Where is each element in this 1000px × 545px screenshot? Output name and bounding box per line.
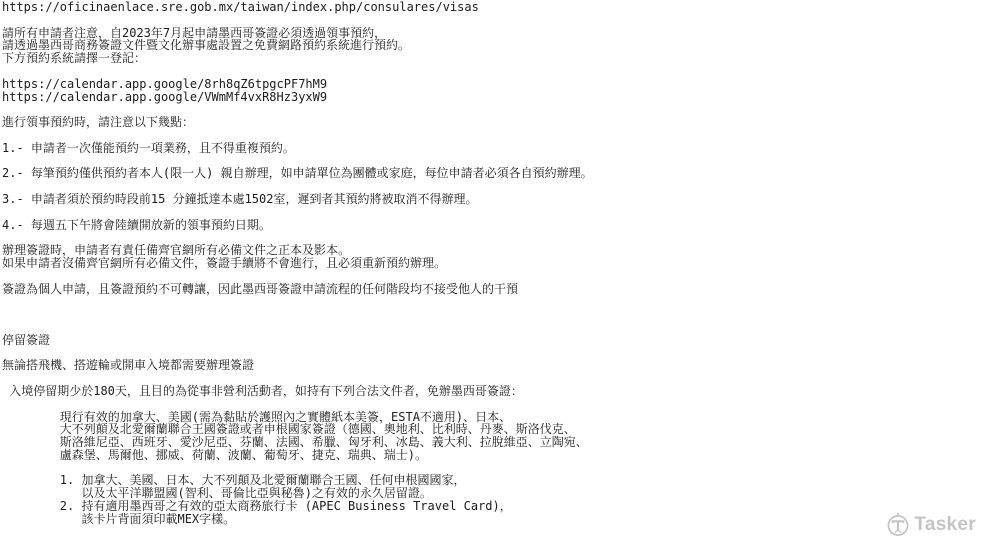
text-line: 停留簽證 [2, 334, 1000, 347]
text-line: 1.- 申請者一次僅能預約一項業務，且不得重複預約。 [2, 142, 1000, 155]
text-line: 該卡片背面須印載MEX字樣。 [2, 513, 1000, 526]
text-line [2, 206, 1000, 219]
text-line [2, 295, 1000, 308]
document-text: https://oficinaenlace.sre.gob.mx/taiwan/… [2, 1, 1000, 526]
plain-text-page: { "page": { "background": "#ffffff", "te… [0, 0, 1000, 545]
text-line: 3.- 申請者須於預約時段前15 分鐘抵達本處1502室，遲到者其預約將被取消不… [2, 193, 1000, 206]
text-line [2, 321, 1000, 334]
tasker-watermark: Tasker [885, 512, 976, 538]
text-line [2, 65, 1000, 78]
text-line: 斯洛維尼亞、西班牙、愛沙尼亞、芬蘭、法國、希臘、匈牙利、冰島、義大利、拉脫維亞、… [2, 436, 1000, 449]
text-line [2, 308, 1000, 321]
text-line: 2. 持有適用墨西哥之有效的亞太商務旅行卡 (APEC Business Tra… [2, 500, 1000, 513]
text-line: 下方預約系統請擇一登記： [2, 52, 1000, 65]
url-text-line: https://oficinaenlace.sre.gob.mx/taiwan/… [2, 1, 1000, 14]
text-line: 如果申請者沒備齊官網所有必備文件，簽證手續將不會進行，且必須重新預約辦理。 [2, 257, 1000, 270]
url-text-line: https://calendar.app.google/VWmMf4vxR8Hz… [2, 91, 1000, 104]
text-line: 進行領事預約時，請注意以下幾點： [2, 116, 1000, 129]
text-line: 入境停留期少於180天，且目的為從事非營利活動者，如持有下列合法文件者，免辦墨西… [2, 385, 1000, 398]
text-line [2, 398, 1000, 411]
text-line: 4.- 每週五下午將會陸續開放新的領事預約日期。 [2, 219, 1000, 232]
url-text-line: https://calendar.app.google/8rh8qZ6tpgcP… [2, 78, 1000, 91]
text-line: 2.- 每筆預約僅供預約者本人(限一人) 親自辦理，如申請單位為團體或家庭，每位… [2, 167, 1000, 180]
text-line: 盧森堡、馬爾他、挪威、荷蘭、波蘭、葡萄牙、捷克、瑞典、瑞士)。 [2, 449, 1000, 462]
text-line: 請透過墨西哥商務簽證文件暨文化辦事處設置之免費網路預約系統進行預約。 [2, 39, 1000, 52]
text-line [2, 129, 1000, 142]
tasker-watermark-label: Tasker [914, 514, 976, 536]
text-line [2, 270, 1000, 283]
tasker-logo-icon [885, 512, 911, 538]
text-line: 簽證為個人申請，且簽證預約不可轉讓，因此墨西哥簽證申請流程的任何階段均不接受他人… [2, 283, 1000, 296]
text-line: 無論搭飛機、搭遊輪或開車入境都需要辦理簽證 [2, 359, 1000, 372]
text-line [2, 14, 1000, 27]
text-line [2, 372, 1000, 385]
